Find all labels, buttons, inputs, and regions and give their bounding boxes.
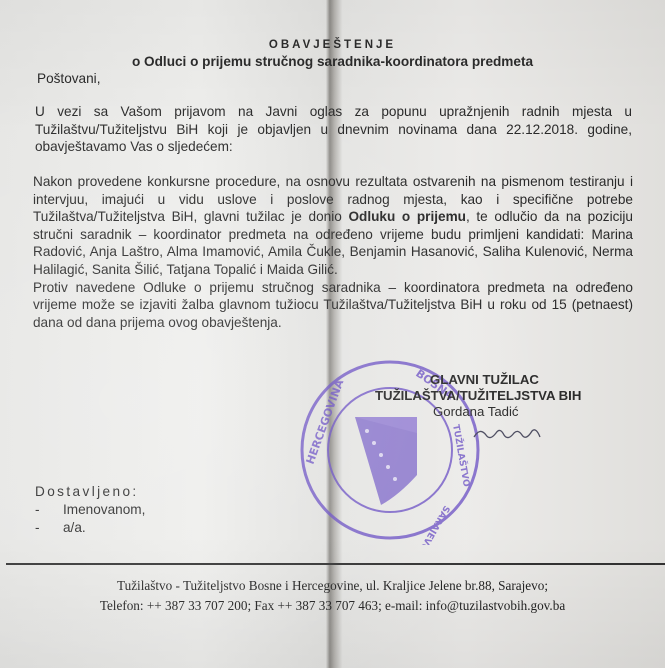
handwritten-signature-icon [470, 423, 550, 445]
document-subtitle: o Odluci o prijemu stručnog saradnika-ko… [0, 53, 665, 71]
delivered-item: Imenovanom, [35, 501, 145, 519]
signature-title: GLAVNI TUŽILAC [375, 372, 635, 388]
signature-name: Gordana Tadić [375, 404, 635, 420]
footer-address: Tužilaštvo - Tužiteljstvo Bosne i Herceg… [0, 576, 665, 596]
delivered-item: a/a. [35, 519, 145, 537]
footer-contact: Telefon: ++ 387 33 707 200; Fax ++ 387 3… [0, 596, 665, 616]
signature-institution: TUŽILAŠTVA/TUŽITELJSTVA BIH [375, 388, 635, 404]
document-page: OBAVJEŠTENJE o Odluci o prijemu stručnog… [0, 0, 665, 668]
signature-block: GLAVNI TUŽILAC TUŽILAŠTVA/TUŽITELJSTVA B… [375, 372, 635, 420]
paragraph-intro: U vezi sa Vašom prijavom na Javni oglas … [35, 103, 632, 156]
footer-divider [6, 563, 665, 565]
footer: Tužilaštvo - Tužiteljstvo Bosne i Herceg… [0, 576, 665, 616]
greeting: Poštovani, [37, 70, 100, 88]
decision-bold-text: Odluku o prijemu [348, 209, 466, 224]
svg-text:SARAJEVO: SARAJEVO [417, 504, 451, 546]
delivered-label: Dostavljeno: [35, 483, 139, 501]
paragraph-appeal: Protiv navedene Odluke o prijemu stručno… [33, 279, 633, 332]
document-title: OBAVJEŠTENJE [0, 37, 665, 55]
delivered-list: Imenovanom, a/a. [35, 501, 145, 536]
paragraph-decision: Nakon provedene konkursne procedure, na … [33, 173, 633, 331]
